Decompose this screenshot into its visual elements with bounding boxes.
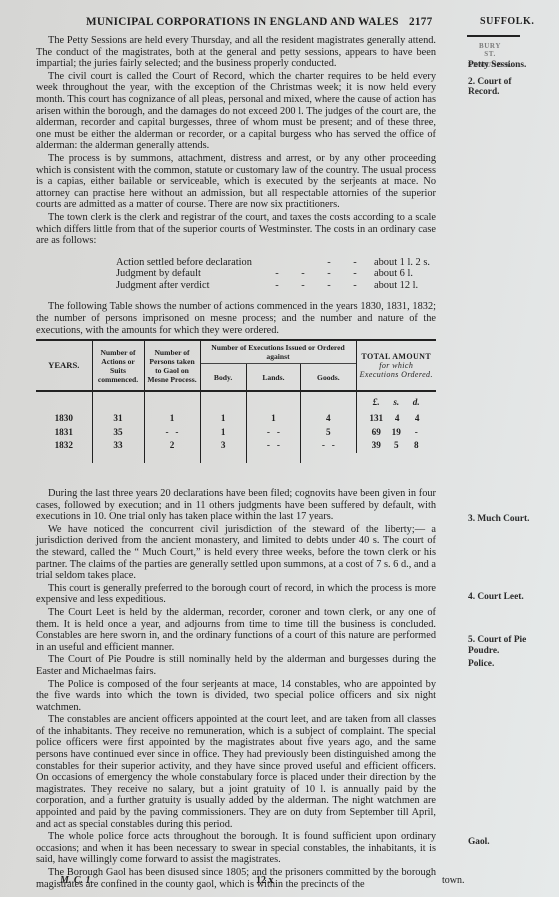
cost-label: Action settled before declaration	[116, 257, 264, 269]
page-number: 2177	[409, 16, 433, 28]
cost-label: Judgment by default	[116, 268, 264, 280]
paragraph-court-preference: This court is generally preferred to the…	[36, 583, 436, 606]
cell-persons: - -	[144, 426, 200, 440]
leader-dash: -	[342, 257, 368, 269]
costs-list: Action settled before declaration--about…	[116, 257, 436, 292]
paragraph-constables: The constables are ancient officers appo…	[36, 714, 436, 830]
col-header-total-amount: TOTAL AMOUNT for which Executions Ordere…	[356, 340, 436, 390]
amount-shillings: 19	[390, 428, 402, 437]
margin-note-much-court: 3. Much Court.	[468, 514, 529, 525]
table-row: 183135- -1- -56919-	[36, 426, 436, 440]
table-row: 18323323- -- -3958	[36, 439, 436, 453]
amount-pence: -	[410, 428, 422, 437]
col-header-lands: Lands.	[246, 364, 300, 391]
executions-table: YEARS. Number of Actions or Suits commen…	[36, 339, 436, 463]
paragraph-gaol: The Borough Gaol has been disused since …	[36, 867, 436, 890]
cell-body: 1	[200, 426, 246, 440]
catchword: town.	[442, 875, 465, 886]
total-header-line3: Executions Ordered.	[358, 370, 436, 379]
cell-goods: 4	[301, 412, 356, 426]
paragraph-court-of-record: The civil court is called the Court of R…	[36, 71, 436, 152]
cost-row: Judgment after verdict----about 12 l.	[116, 280, 436, 292]
cell-actions: 31	[92, 412, 144, 426]
paragraph-police: The Police is composed of the four serje…	[36, 679, 436, 714]
leader-dash: -	[342, 268, 368, 280]
total-header-line2: for which	[358, 361, 436, 370]
signature-mark: M. C. 1.	[60, 875, 93, 886]
leader-dash: -	[316, 280, 342, 292]
paragraph-police-force: The whole police force acts throughout t…	[36, 831, 436, 866]
margin-note-court-leet: 4. Court Leet.	[468, 592, 524, 603]
cell-total-amount: 3958	[356, 439, 436, 453]
cell-body: 1	[200, 412, 246, 426]
paragraph-petty-sessions: The Petty Sessions are held every Thursd…	[36, 35, 436, 70]
leader-dash: -	[316, 268, 342, 280]
cost-amount: about 12 l.	[374, 280, 418, 292]
cell-lands: - -	[246, 439, 300, 453]
col-header-executions-group: Number of Executions Issued or Ordered a…	[200, 340, 356, 364]
cost-label: Judgment after verdict	[116, 280, 264, 292]
document-page: MUNICIPAL CORPORATIONS IN ENGLAND AND WA…	[0, 0, 559, 897]
cell-year: 1830	[36, 412, 92, 426]
leader-dash: -	[342, 280, 368, 292]
margin-note-pie-poudre-2: Poudre.	[468, 646, 499, 657]
paragraph-table-intro: The following Table shows the number of …	[36, 301, 436, 336]
col-header-body: Body.	[200, 364, 246, 391]
cell-goods: 5	[301, 426, 356, 440]
shillings-unit: s.	[390, 398, 402, 407]
paragraph-process: The process is by summons, attachment, d…	[36, 153, 436, 211]
cell-lands: 1	[246, 412, 300, 426]
margin-note-gaol: Gaol.	[468, 837, 490, 848]
cell-persons: 1	[144, 412, 200, 426]
col-header-persons: Number of Persons taken to Gaol on Mesne…	[144, 340, 200, 390]
leader-dash: -	[290, 280, 316, 292]
amount-pounds: 69	[370, 428, 382, 437]
cost-amount: about 6 l.	[374, 268, 413, 280]
cell-actions: 35	[92, 426, 144, 440]
cell-total-amount: 13144	[356, 412, 436, 426]
upper-text-block: The Petty Sessions are held every Thursd…	[36, 35, 436, 336]
cell-goods: - -	[301, 439, 356, 453]
lower-text-block: During the last three years 20 declarati…	[36, 488, 436, 890]
cell-actions: 33	[92, 439, 144, 453]
cell-persons: 2	[144, 439, 200, 453]
amount-pence: 4	[411, 414, 423, 423]
page-title: MUNICIPAL CORPORATIONS IN ENGLAND AND WA…	[86, 16, 399, 28]
margin-note-pie-poudre-1: 5. Court of Pie	[468, 635, 526, 646]
amount-pence: 8	[410, 441, 422, 450]
cost-amount: about 1 l. 2 s.	[374, 257, 430, 269]
margin-note-petty-sessions: Petty Sessions.	[468, 60, 526, 71]
amount-shillings: 4	[391, 414, 403, 423]
cell-lands: - -	[246, 426, 300, 440]
amount-shillings: 5	[390, 441, 402, 450]
margin-note-court-of-record-2: Record.	[468, 87, 500, 98]
cost-row: Action settled before declaration--about…	[116, 257, 436, 269]
leader-dash: -	[290, 268, 316, 280]
pence-unit: d.	[410, 398, 422, 407]
leader-dash: -	[264, 280, 290, 292]
sheet-mark: 12 x	[256, 875, 274, 886]
county-heading: SUFFOLK.	[480, 16, 535, 27]
pounds-unit: £.	[370, 398, 382, 407]
col-header-years: YEARS.	[36, 340, 92, 390]
amount-pounds: 39	[370, 441, 382, 450]
cell-year: 1832	[36, 439, 92, 453]
paragraph-declarations: During the last three years 20 declarati…	[36, 488, 436, 523]
paragraph-court-leet: The Court Leet is held by the alderman, …	[36, 607, 436, 653]
col-header-goods: Goods.	[301, 364, 356, 391]
margin-note-police: Police.	[468, 659, 494, 670]
paragraph-town-clerk: The town clerk is the clerk and registra…	[36, 212, 436, 247]
total-header-line1: TOTAL AMOUNT	[358, 352, 436, 361]
cell-total-amount: 6919-	[356, 426, 436, 440]
amount-pounds: 131	[369, 414, 383, 423]
col-header-actions: Number of Actions or Suits commenced.	[92, 340, 144, 390]
cost-row: Judgment by default----about 6 l.	[116, 268, 436, 280]
leader-dash: -	[316, 257, 342, 269]
county-rule-divider	[467, 35, 520, 37]
cell-body: 3	[200, 439, 246, 453]
paragraph-much-court: We have noticed the concurrent civil jur…	[36, 524, 436, 582]
lsd-units: £. s. d.	[356, 391, 436, 412]
leader-dash: -	[264, 268, 290, 280]
cell-year: 1831	[36, 426, 92, 440]
paragraph-pie-poudre: The Court of Pie Poudre is still nominal…	[36, 654, 436, 677]
table-row: 183031111413144	[36, 412, 436, 426]
